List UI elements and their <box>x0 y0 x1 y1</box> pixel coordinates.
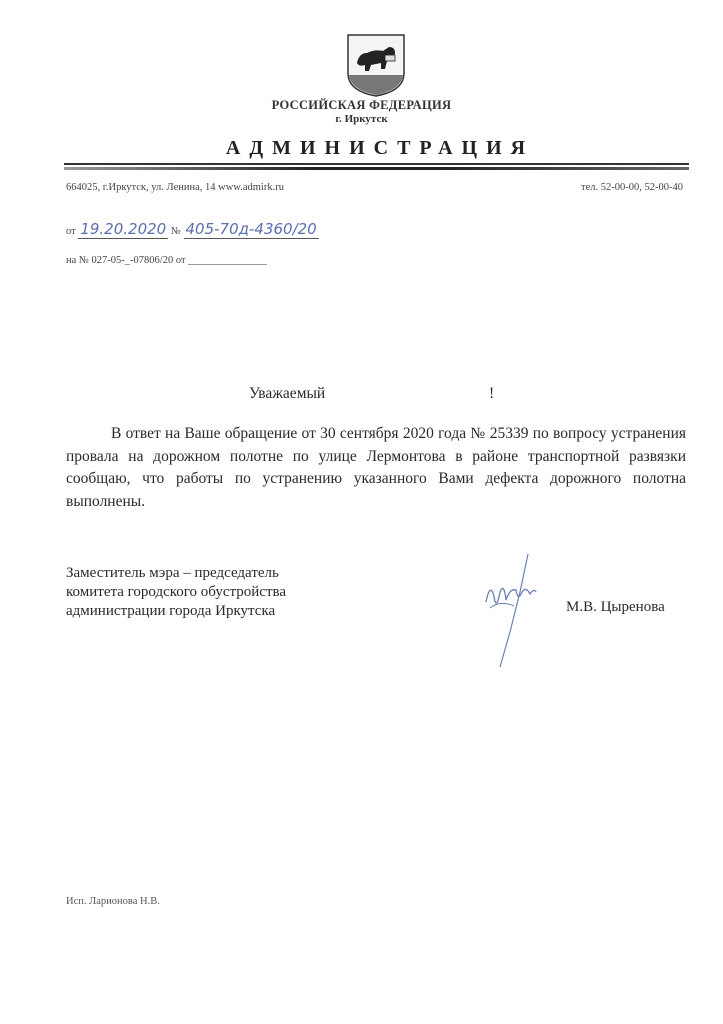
greeting: Уважаемый <box>249 385 325 403</box>
handwritten-number: 405-70д-4360/20 <box>184 220 319 239</box>
number-label: № <box>171 226 181 237</box>
from-label: от <box>66 226 76 237</box>
handwritten-date: 19.20.2020 <box>78 220 168 239</box>
city-name: г. Иркутск <box>0 113 723 125</box>
address: 664025, г.Иркутск, ул. Ленина, 14 www.ad… <box>66 182 284 193</box>
letter-body: В ответ на Ваше обращение от 30 сентября… <box>66 423 686 513</box>
coat-of-arms-icon <box>345 33 407 97</box>
title-line: администрации города Иркутска <box>66 602 286 621</box>
signatory-title: Заместитель мэра – председатель комитета… <box>66 564 286 621</box>
country-name: РОССИЙСКАЯ ФЕДЕРАЦИЯ <box>0 98 723 113</box>
greeting-exclamation: ! <box>489 385 494 403</box>
header-divider <box>64 163 689 165</box>
body-paragraph: В ответ на Ваше обращение от 30 сентября… <box>66 423 686 513</box>
handwritten-signature-icon <box>470 552 550 672</box>
incoming-reference: на № 027-05-_-07806/20 от ______________… <box>66 255 267 266</box>
organization-title: АДМИНИСТРАЦИЯ <box>0 137 723 160</box>
signatory-name: М.В. Цыренова <box>566 599 665 616</box>
title-line: Заместитель мэра – председатель <box>66 564 286 583</box>
outgoing-reference: от 19.20.2020 № 405-70д-4360/20 <box>66 220 319 238</box>
header-divider-thick <box>64 167 689 170</box>
executor: Исп. Ларионова Н.В. <box>66 896 160 907</box>
title-line: комитета городского обустройства <box>66 583 286 602</box>
phone: тел. 52-00-00, 52-00-40 <box>581 182 683 193</box>
